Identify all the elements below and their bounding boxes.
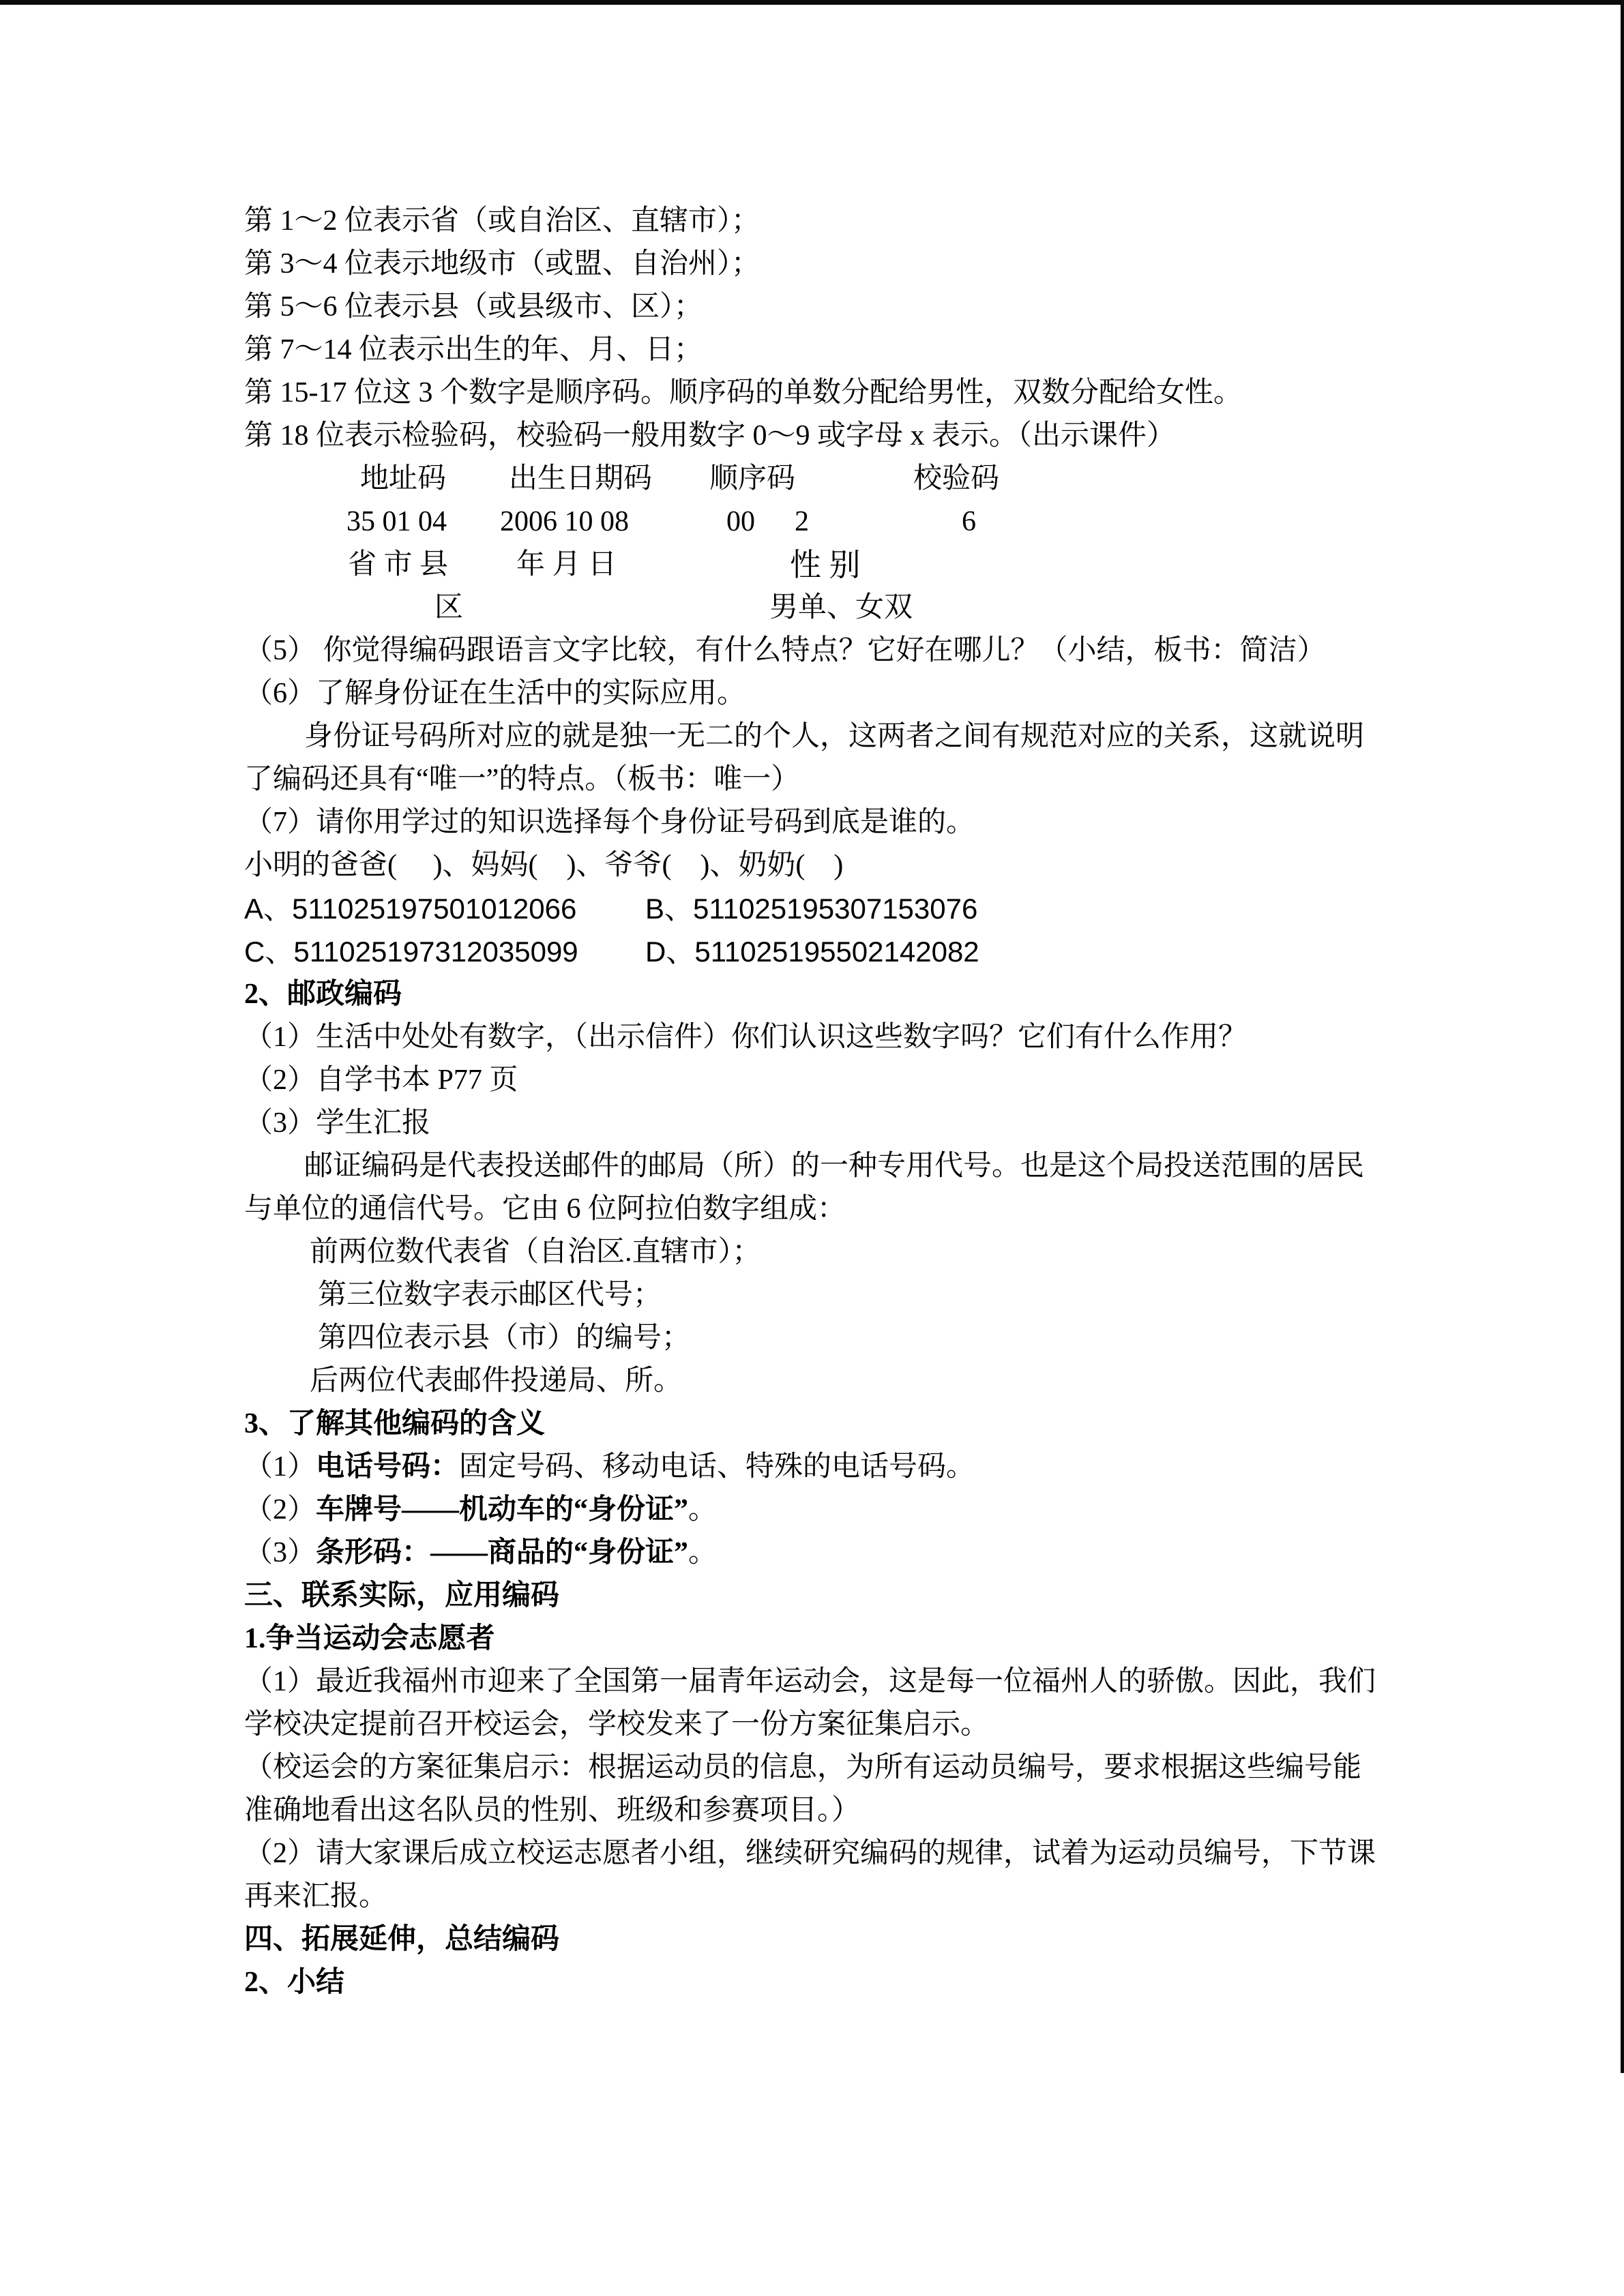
header-sequence-code: 顺序码 <box>709 458 795 501</box>
other-code-barcode: （3）条形码：——商品的“身份证”。 <box>244 1532 1387 1575</box>
id-digit-rule-3: 第 5～6 位表示县（或县级市、区）； <box>244 286 1387 329</box>
text-run: 身份证号码所对应的就是独一无二的个人，这两者之间有规范对应的关系，这就说明 <box>304 721 1364 752</box>
header-address-code: 地址码 <box>360 458 446 501</box>
postal-step-1: （1）生活中处处有数字，（出示信件）你们认识这些数字吗？它们有什么作用？ <box>244 1016 1387 1059</box>
text-run: 第四位表示县（市）的编号； <box>318 1322 690 1354</box>
paragraph-uniqueness-2: 了编码还具有“唯一”的特点。（板书：唯一） <box>244 758 1387 801</box>
heading-volunteer: 1.争当运动会志愿者 <box>244 1617 1387 1660</box>
text-run: （3） <box>244 1537 316 1568</box>
emphasized-text-run: 1.争当运动会志愿者 <box>244 1623 495 1654</box>
text-run: 前两位数代表省（自治区.直辖市）； <box>310 1236 761 1268</box>
value-check-code: 6 <box>962 501 976 543</box>
text-run: 第三位数字表示邮区代号； <box>318 1279 662 1311</box>
text-run: 固定号码、移动电话、特殊的电话号码。 <box>459 1451 975 1482</box>
emphasized-text-run: 三、联系实际，应用编码 <box>244 1580 559 1611</box>
value-birthdate-code: 2006 10 08 <box>500 501 629 543</box>
other-code-phone: （1）电话号码：固定号码、移动电话、特殊的电话号码。 <box>244 1446 1387 1489</box>
document-page: 第 1～2 位表示省（或自治区、直辖市）；第 3～4 位表示地级市（或盟、自治州… <box>0 0 1624 2296</box>
header-check-code: 校验码 <box>913 458 999 501</box>
option-c: C、511025197312035099 <box>244 930 578 973</box>
id-table-label-row: 省 市 县年 月 日性 别 <box>244 543 1387 586</box>
emphasized-text-run: 四、拓展延伸，总结编码 <box>244 1924 559 1955</box>
value-address-code: 35 01 04 <box>346 501 447 543</box>
id-table-label-row-2: 区男单、女双 <box>244 586 1387 629</box>
emphasized-text-run: 3、了解其他编码的含义 <box>244 1408 545 1440</box>
postal-rule-4: 后两位代表邮件投递局、所。 <box>244 1360 1387 1403</box>
text-run: （7）请你用学过的知识选择每个身份证号码到底是谁的。 <box>244 807 975 838</box>
emphasized-text-run: 条形码：——商品的“身份证” <box>316 1537 688 1568</box>
id-option-row-cd: C、511025197312035099D、511025195502142082 <box>244 930 1387 973</box>
scan-edge-right <box>1621 0 1624 2073</box>
text-run: 第 15-17 位这 3 个数字是顺序码。顺序码的单数分配给男性，双数分配给女性… <box>244 377 1242 408</box>
option-a: A、511025197501012066 <box>244 887 576 930</box>
document-content: 第 1～2 位表示省（或自治区、直辖市）；第 3～4 位表示地级市（或盟、自治州… <box>244 200 1387 2004</box>
volunteer-paragraph-2b: 再来汇报。 <box>244 1875 1387 1918</box>
text-run: （校运会的方案征集启示：根据运动员的信息，为所有运动员编号，要求根据这些编号能 <box>244 1752 1361 1783</box>
text-run: 与单位的通信代号。它由 6 位阿拉伯数字组成： <box>244 1193 846 1225</box>
question-5: （5） 你觉得编码跟语言文字比较，有什么特点？它好在哪儿？（小结，板书：简洁） <box>244 629 1387 672</box>
text-run: 第 5～6 位表示县（或县级市、区）； <box>244 291 703 323</box>
family-blank-line: 小明的爸爸( )、妈妈( )、爷爷( )、奶奶( ) <box>244 844 1387 887</box>
label-district: 区 <box>434 586 463 629</box>
text-run: （3）学生汇报 <box>244 1107 430 1139</box>
text-run: 第 3～4 位表示地级市（或盟、自治州）； <box>244 248 760 280</box>
value-sequence-code: 00 <box>726 501 755 543</box>
text-run: 。 <box>688 1537 717 1568</box>
text-run: （1） <box>244 1451 316 1482</box>
volunteer-notice-2: 准确地看出这名队员的性别、班级和参赛项目。） <box>244 1789 1387 1832</box>
id-digit-rule-5: 第 15-17 位这 3 个数字是顺序码。顺序码的单数分配给男性，双数分配给女性… <box>244 372 1387 415</box>
id-table-value-row: 35 01 042006 10 080026 <box>244 501 1387 543</box>
label-gender: 性 别 <box>790 543 861 586</box>
volunteer-notice-1: （校运会的方案征集启示：根据运动员的信息，为所有运动员编号，要求根据这些编号能 <box>244 1746 1387 1789</box>
text-run: 准确地看出这名队员的性别、班级和参赛项目。） <box>244 1795 860 1826</box>
text-run: （2）自学书本 P77 页 <box>244 1064 518 1096</box>
postal-step-2: （2）自学书本 P77 页 <box>244 1059 1387 1102</box>
question-6: （6）了解身份证在生活中的实际应用。 <box>244 672 1387 715</box>
heading-other-codes: 3、了解其他编码的含义 <box>244 1403 1387 1446</box>
emphasized-text-run: 车牌号——机动车的“身份证” <box>316 1494 688 1525</box>
id-table-header-row: 地址码出生日期码顺序码校验码 <box>244 458 1387 501</box>
text-run: （2）请大家课后成立校运志愿者小组，继续研究编码的规律，试着为运动员编号，下节课 <box>244 1838 1376 1869</box>
text-run: 第 7～14 位表示出生的年、月、日； <box>244 334 703 366</box>
text-run: 小明的爸爸( )、妈妈( )、爷爷( )、奶奶( ) <box>244 850 843 881</box>
volunteer-paragraph-1a: （1）最近我福州市迎来了全国第一届青年运动会，这是每一位福州人的骄傲。因此，我们 <box>244 1660 1387 1703</box>
label-male-odd-female-even: 男单、女双 <box>769 586 913 629</box>
postal-step-3: （3）学生汇报 <box>244 1102 1387 1145</box>
emphasized-text-run: 2、邮政编码 <box>244 979 402 1010</box>
text-run: （6）了解身份证在生活中的实际应用。 <box>244 678 745 709</box>
option-b: B、511025195307153076 <box>645 887 977 930</box>
question-7: （7）请你用学过的知识选择每个身份证号码到底是谁的。 <box>244 801 1387 844</box>
text-run: （2） <box>244 1494 316 1525</box>
heading-section-4: 四、拓展延伸，总结编码 <box>244 1918 1387 1961</box>
text-run: 了编码还具有“唯一”的特点。（板书：唯一） <box>244 764 799 795</box>
scan-edge-top <box>0 0 1624 5</box>
postal-paragraph-2: 与单位的通信代号。它由 6 位阿拉伯数字组成： <box>244 1188 1387 1231</box>
id-digit-rule-6: 第 18 位表示检验码，校验码一般用数字 0～9 或字母 x 表示。（出示课件） <box>244 415 1387 458</box>
postal-rule-3: 第四位表示县（市）的编号； <box>244 1317 1387 1360</box>
paragraph-uniqueness-1: 身份证号码所对应的就是独一无二的个人，这两者之间有规范对应的关系，这就说明 <box>244 715 1387 758</box>
id-digit-rule-4: 第 7～14 位表示出生的年、月、日； <box>244 329 1387 372</box>
text-run: 再来汇报。 <box>244 1881 387 1912</box>
header-birthdate-code: 出生日期码 <box>509 458 652 501</box>
id-option-row-ab: A、511025197501012066B、511025195307153076 <box>244 887 1387 930</box>
postal-rule-1: 前两位数代表省（自治区.直辖市）； <box>244 1231 1387 1274</box>
id-digit-rule-1: 第 1～2 位表示省（或自治区、直辖市）； <box>244 200 1387 243</box>
text-run: （5） 你觉得编码跟语言文字比较，有什么特点？它好在哪儿？（小结，板书：简洁） <box>244 635 1326 666</box>
volunteer-paragraph-2a: （2）请大家课后成立校运志愿者小组，继续研究编码的规律，试着为运动员编号，下节课 <box>244 1832 1387 1875</box>
other-code-plate: （2）车牌号——机动车的“身份证”。 <box>244 1489 1387 1532</box>
label-year-month-day: 年 月 日 <box>516 543 617 586</box>
postal-rule-2: 第三位数字表示邮区代号； <box>244 1274 1387 1317</box>
text-run: （1）生活中处处有数字，（出示信件）你们认识这些数字吗？它们有什么作用？ <box>244 1022 1247 1053</box>
value-gender-digit: 2 <box>795 501 809 543</box>
volunteer-paragraph-1b: 学校决定提前召开校运会，学校发来了一份方案征集启示。 <box>244 1703 1387 1746</box>
text-run: 。 <box>688 1494 717 1525</box>
text-run: 第 18 位表示检验码，校验码一般用数字 0～9 或字母 x 表示。（出示课件） <box>244 420 1175 451</box>
text-run: 后两位代表邮件投递局、所。 <box>310 1365 682 1397</box>
label-province-city-county: 省 市 县 <box>348 543 448 586</box>
emphasized-text-run: 2、小结 <box>244 1967 344 1998</box>
text-run: （1）最近我福州市迎来了全国第一届青年运动会，这是每一位福州人的骄傲。因此，我们 <box>244 1666 1376 1697</box>
text-run: 邮证编码是代表投送邮件的邮局（所）的一种专用代号。也是这个局投送范围的居民 <box>304 1150 1364 1182</box>
heading-postal-code: 2、邮政编码 <box>244 973 1387 1016</box>
option-d: D、511025195502142082 <box>645 930 979 973</box>
emphasized-text-run: 电话号码： <box>316 1451 459 1482</box>
text-run: 第 1～2 位表示省（或自治区、直辖市）； <box>244 205 760 237</box>
id-digit-rule-2: 第 3～4 位表示地级市（或盟、自治州）； <box>244 243 1387 286</box>
heading-section-3: 三、联系实际，应用编码 <box>244 1575 1387 1617</box>
heading-summary: 2、小结 <box>244 1961 1387 2004</box>
text-run: 学校决定提前召开校运会，学校发来了一份方案征集启示。 <box>244 1709 989 1740</box>
postal-paragraph-1: 邮证编码是代表投送邮件的邮局（所）的一种专用代号。也是这个局投送范围的居民 <box>244 1145 1387 1188</box>
